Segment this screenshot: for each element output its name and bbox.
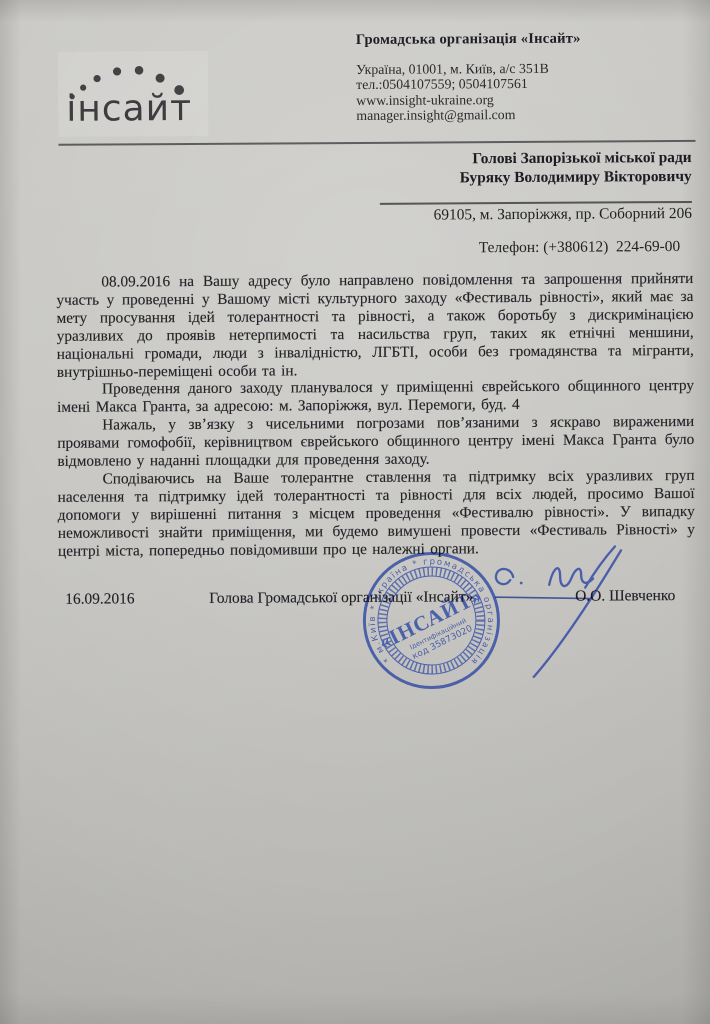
letter-sheet: інсайт Громадська організація «Інсайт» У… [0,0,710,1024]
letter-paragraph: Проведення даного заходу планувалося у п… [57,377,694,417]
recipient-underline [380,201,692,204]
signature-scrawl-icon [469,540,695,701]
letterhead-divider [58,140,695,146]
org-email-line: manager.insight@gmail.com [356,106,686,123]
recipient-title-line: Голові Запорізької міської ради [272,149,692,170]
recipient-name-line: Буряку Володимиру Вікторовичу [272,168,692,189]
recipient-phone: Телефон: (+380612) 224-69-00 [260,238,680,259]
letter-body: 08.09.2016 на Вашу адресу було направлен… [56,270,695,560]
scanned-letter-photo: інсайт Громадська організація «Інсайт» У… [0,0,710,1024]
signature-date: 16.09.2016 [65,590,134,608]
letter-paragraph: Нажаль, у зв’язку з чисельними погрозами… [57,413,694,471]
recipient-address: 69105, м. Запоріжжя, пр. Соборний 206 [272,205,692,226]
letter-paragraph: 08.09.2016 на Вашу адресу було направлен… [56,270,694,381]
letterhead-org-block: Громадська організація «Інсайт» Україна,… [356,30,687,124]
recipient-block: Голові Запорізької міської ради Буряку В… [272,149,692,189]
org-name: Громадська організація «Інсайт» [356,30,686,49]
logo-wordmark: інсайт [66,89,192,130]
